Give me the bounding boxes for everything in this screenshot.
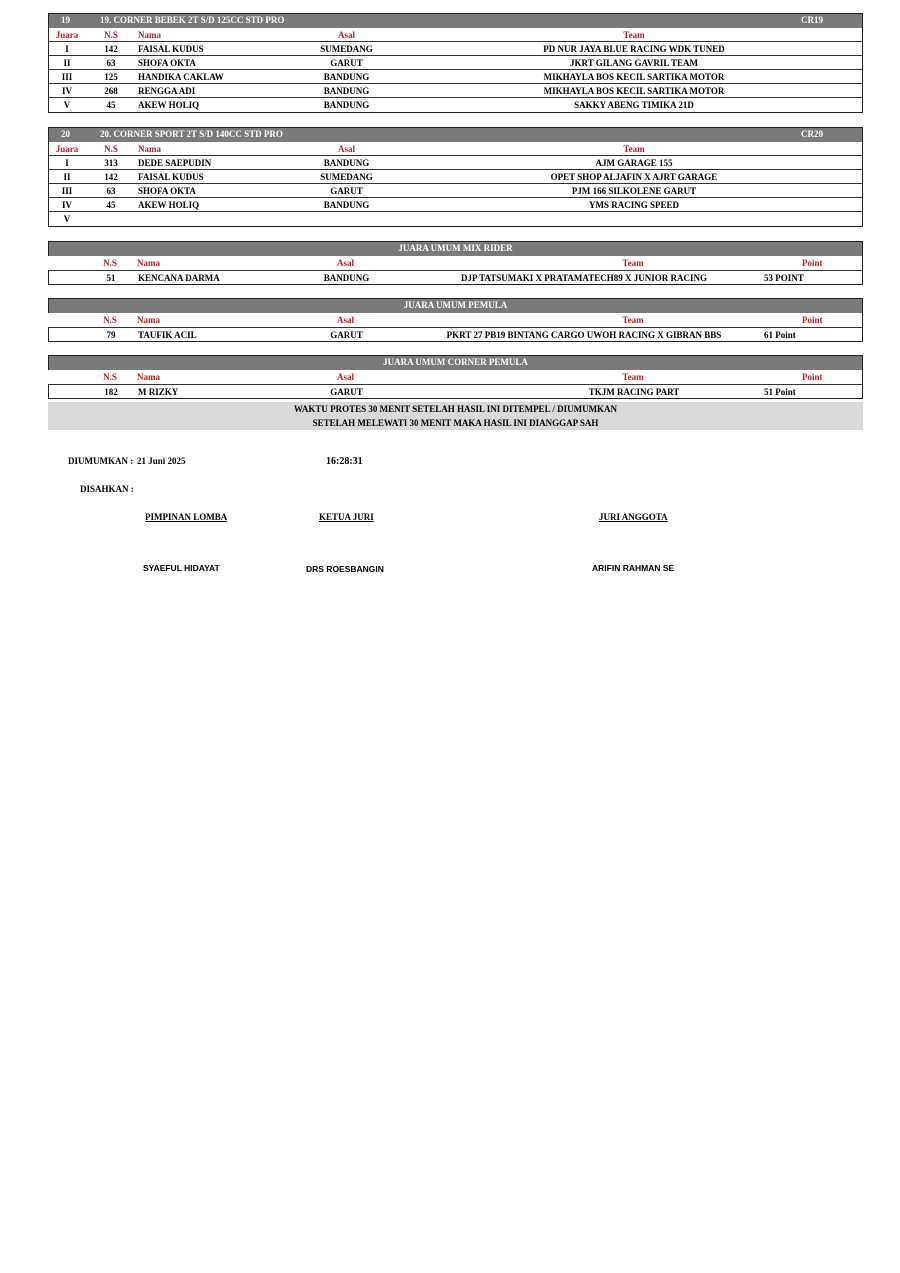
overall-champion-table: JUARA UMUM CORNER PEMULA N.S Nama Asal T… bbox=[48, 355, 863, 399]
team: JKRT GILANG GAVRIL TEAM bbox=[484, 58, 784, 68]
col-point: Point bbox=[802, 315, 823, 325]
rider-name: HANDIKA CAKLAW bbox=[138, 72, 224, 82]
origin: BANDUNG bbox=[289, 72, 404, 82]
rank: III bbox=[49, 186, 85, 196]
class-result-table: 19 19. CORNER BEBEK 2T S/D 125CC STD PRO… bbox=[48, 13, 863, 113]
col-nama: Nama bbox=[138, 30, 161, 40]
class-number: 20 bbox=[61, 129, 70, 139]
rank: III bbox=[49, 72, 85, 82]
rank: I bbox=[49, 158, 85, 168]
start-number: 313 bbox=[91, 158, 131, 168]
rank: V bbox=[49, 100, 85, 110]
class-title: 19. CORNER BEBEK 2T S/D 125CC STD PRO bbox=[100, 15, 284, 25]
rider-name: TAUFIK ACIL bbox=[138, 330, 197, 340]
col-team: Team bbox=[483, 372, 783, 382]
origin: GARUT bbox=[289, 58, 404, 68]
notice-line-2: SETELAH MELEWATI 30 MENIT MAKA HASIL INI… bbox=[48, 416, 863, 430]
rider-name: AKEW HOLIQ bbox=[138, 200, 199, 210]
col-asal: Asal bbox=[288, 315, 403, 325]
points: 51 Point bbox=[764, 387, 796, 397]
col-ns: N.S bbox=[91, 30, 131, 40]
overall-header: JUARA UMUM PEMULA bbox=[48, 298, 863, 313]
rider-name: FAISAL KUDUS bbox=[138, 44, 204, 54]
col-ns: N.S bbox=[90, 258, 130, 268]
col-ns: N.S bbox=[91, 144, 131, 154]
table-row: V bbox=[49, 212, 862, 226]
start-number: 142 bbox=[91, 44, 131, 54]
table-row: IV 268 RENGGA ADI BANDUNG MIKHAYLA BOS K… bbox=[49, 84, 862, 98]
origin: BANDUNG bbox=[289, 273, 404, 283]
rider-name: AKEW HOLIQ bbox=[138, 100, 199, 110]
origin: GARUT bbox=[289, 186, 404, 196]
overall-champion-table: JUARA UMUM MIX RIDER N.S Nama Asal Team … bbox=[48, 241, 863, 285]
col-asal: Asal bbox=[289, 30, 404, 40]
overall-title: JUARA UMUM PEMULA bbox=[49, 300, 862, 310]
team: TKJM RACING PART bbox=[484, 387, 784, 397]
col-juara: Juara bbox=[49, 30, 85, 40]
class-number: 19 bbox=[61, 15, 70, 25]
column-headers: Juara N.S Nama Asal Team bbox=[49, 28, 862, 42]
start-number: 182 bbox=[91, 387, 131, 397]
col-asal: Asal bbox=[288, 258, 403, 268]
rank: V bbox=[49, 214, 85, 224]
class-title: 20. CORNER SPORT 2T S/D 140CC STD PRO bbox=[100, 129, 283, 139]
rank: IV bbox=[49, 86, 85, 96]
origin: BANDUNG bbox=[289, 158, 404, 168]
announced-date: 21 Juni 2025 bbox=[137, 456, 186, 466]
column-headers: N.S Nama Asal Team Point bbox=[48, 256, 862, 270]
class-code: CR19 bbox=[801, 15, 823, 25]
col-nama: Nama bbox=[137, 258, 160, 268]
start-number: 63 bbox=[91, 58, 131, 68]
table-row: 182 M RIZKY GARUT TKJM RACING PART 51 Po… bbox=[48, 384, 862, 398]
table-row: III 63 SHOFA OKTA GARUT PJM 166 SILKOLEN… bbox=[49, 184, 862, 198]
class-code: CR20 bbox=[801, 129, 823, 139]
origin: BANDUNG bbox=[289, 100, 404, 110]
col-point: Point bbox=[802, 258, 823, 268]
team: PJM 166 SILKOLENE GARUT bbox=[484, 186, 784, 196]
team: MIKHAYLA BOS KECIL SARTIKA MOTOR bbox=[484, 86, 784, 96]
overall-champion-table: JUARA UMUM PEMULA N.S Nama Asal Team Poi… bbox=[48, 298, 863, 342]
start-number: 125 bbox=[91, 72, 131, 82]
column-headers: N.S Nama Asal Team Point bbox=[48, 370, 862, 384]
start-number: 79 bbox=[91, 330, 131, 340]
signatory-role: JURI ANGGOTA bbox=[599, 512, 668, 522]
rider-name: KENCANA DARMA bbox=[138, 273, 220, 283]
column-headers: Juara N.S Nama Asal Team bbox=[49, 142, 862, 156]
col-ns: N.S bbox=[90, 315, 130, 325]
col-team: Team bbox=[484, 144, 784, 154]
table-row: I 313 DEDE SAEPUDIN BANDUNG AJM GARAGE 1… bbox=[49, 156, 862, 170]
rider-name: M RIZKY bbox=[138, 387, 178, 397]
col-asal: Asal bbox=[288, 372, 403, 382]
class-result-table: 20 20. CORNER SPORT 2T S/D 140CC STD PRO… bbox=[48, 127, 863, 227]
team: PKRT 27 PB19 BINTANG CARGO UWOH RACING X… bbox=[424, 330, 744, 340]
signatory-role: PIMPINAN LOMBA bbox=[145, 512, 227, 522]
col-team: Team bbox=[483, 258, 783, 268]
origin: BANDUNG bbox=[289, 86, 404, 96]
column-headers: N.S Nama Asal Team Point bbox=[48, 313, 862, 327]
origin: BANDUNG bbox=[289, 200, 404, 210]
col-nama: Nama bbox=[137, 372, 160, 382]
origin: SUMEDANG bbox=[289, 172, 404, 182]
table-row: III 125 HANDIKA CAKLAW BANDUNG MIKHAYLA … bbox=[49, 70, 862, 84]
class-header: 20 20. CORNER SPORT 2T S/D 140CC STD PRO… bbox=[48, 127, 863, 142]
table-row: I 142 FAISAL KUDUS SUMEDANG PD NUR JAYA … bbox=[49, 42, 862, 56]
team: AJM GARAGE 155 bbox=[484, 158, 784, 168]
col-point: Point bbox=[802, 372, 823, 382]
col-juara: Juara bbox=[49, 144, 85, 154]
rank: II bbox=[49, 58, 85, 68]
start-number: 45 bbox=[91, 100, 131, 110]
signatory-name: DRS ROESBANGIN bbox=[306, 564, 384, 574]
signatory-name: SYAEFUL HIDAYAT bbox=[143, 563, 220, 573]
overall-title: JUARA UMUM MIX RIDER bbox=[49, 243, 862, 253]
origin: SUMEDANG bbox=[289, 44, 404, 54]
rider-name: FAISAL KUDUS bbox=[138, 172, 204, 182]
team: SAKKY ABENG TIMIKA 21D bbox=[484, 100, 784, 110]
rider-name: DEDE SAEPUDIN bbox=[138, 158, 211, 168]
start-number: 45 bbox=[91, 200, 131, 210]
col-nama: Nama bbox=[137, 315, 160, 325]
col-nama: Nama bbox=[138, 144, 161, 154]
overall-title: JUARA UMUM CORNER PEMULA bbox=[49, 357, 862, 367]
start-number: 142 bbox=[91, 172, 131, 182]
rider-name: SHOFA OKTA bbox=[138, 186, 196, 196]
overall-header: JUARA UMUM CORNER PEMULA bbox=[48, 355, 863, 370]
notice-line-1: WAKTU PROTES 30 MENIT SETELAH HASIL INI … bbox=[48, 402, 863, 416]
start-number: 51 bbox=[91, 273, 131, 283]
table-row: V 45 AKEW HOLIQ BANDUNG SAKKY ABENG TIMI… bbox=[49, 98, 862, 112]
rider-name: SHOFA OKTA bbox=[138, 58, 196, 68]
col-ns: N.S bbox=[90, 372, 130, 382]
col-team: Team bbox=[483, 315, 783, 325]
origin: GARUT bbox=[289, 387, 404, 397]
start-number: 268 bbox=[91, 86, 131, 96]
points: 53 POINT bbox=[764, 273, 804, 283]
class-header: 19 19. CORNER BEBEK 2T S/D 125CC STD PRO… bbox=[48, 13, 863, 28]
team: YMS RACING SPEED bbox=[484, 200, 784, 210]
col-asal: Asal bbox=[289, 144, 404, 154]
origin: GARUT bbox=[289, 330, 404, 340]
table-row: IV 45 AKEW HOLIQ BANDUNG YMS RACING SPEE… bbox=[49, 198, 862, 212]
announced-label: DIUMUMKAN : bbox=[68, 456, 133, 466]
table-row: 79 TAUFIK ACIL GARUT PKRT 27 PB19 BINTAN… bbox=[48, 327, 862, 341]
points: 61 Point bbox=[764, 330, 796, 340]
start-number: 63 bbox=[91, 186, 131, 196]
protest-notice: WAKTU PROTES 30 MENIT SETELAH HASIL INI … bbox=[48, 402, 863, 430]
signatory-role: KETUA JURI bbox=[319, 512, 374, 522]
table-row: II 142 FAISAL KUDUS SUMEDANG OPET SHOP A… bbox=[49, 170, 862, 184]
signatory-name: ARIFIN RAHMAN SE bbox=[592, 563, 674, 573]
approved-label: DISAHKAN : bbox=[80, 484, 134, 494]
team: OPET SHOP ALJAFIN X AJRT GARAGE bbox=[484, 172, 784, 182]
col-team: Team bbox=[484, 30, 784, 40]
team: MIKHAYLA BOS KECIL SARTIKA MOTOR bbox=[484, 72, 784, 82]
rider-name: RENGGA ADI bbox=[138, 86, 195, 96]
announced-time: 16:28:31 bbox=[326, 456, 363, 467]
rank: II bbox=[49, 172, 85, 182]
table-row: 51 KENCANA DARMA BANDUNG DJP TATSUMAKI X… bbox=[48, 270, 862, 284]
table-row: II 63 SHOFA OKTA GARUT JKRT GILANG GAVRI… bbox=[49, 56, 862, 70]
rank: IV bbox=[49, 200, 85, 210]
rank: I bbox=[49, 44, 85, 54]
team: DJP TATSUMAKI X PRATAMATECH89 X JUNIOR R… bbox=[424, 273, 744, 283]
overall-header: JUARA UMUM MIX RIDER bbox=[48, 241, 863, 256]
team: PD NUR JAYA BLUE RACING WDK TUNED bbox=[484, 44, 784, 54]
